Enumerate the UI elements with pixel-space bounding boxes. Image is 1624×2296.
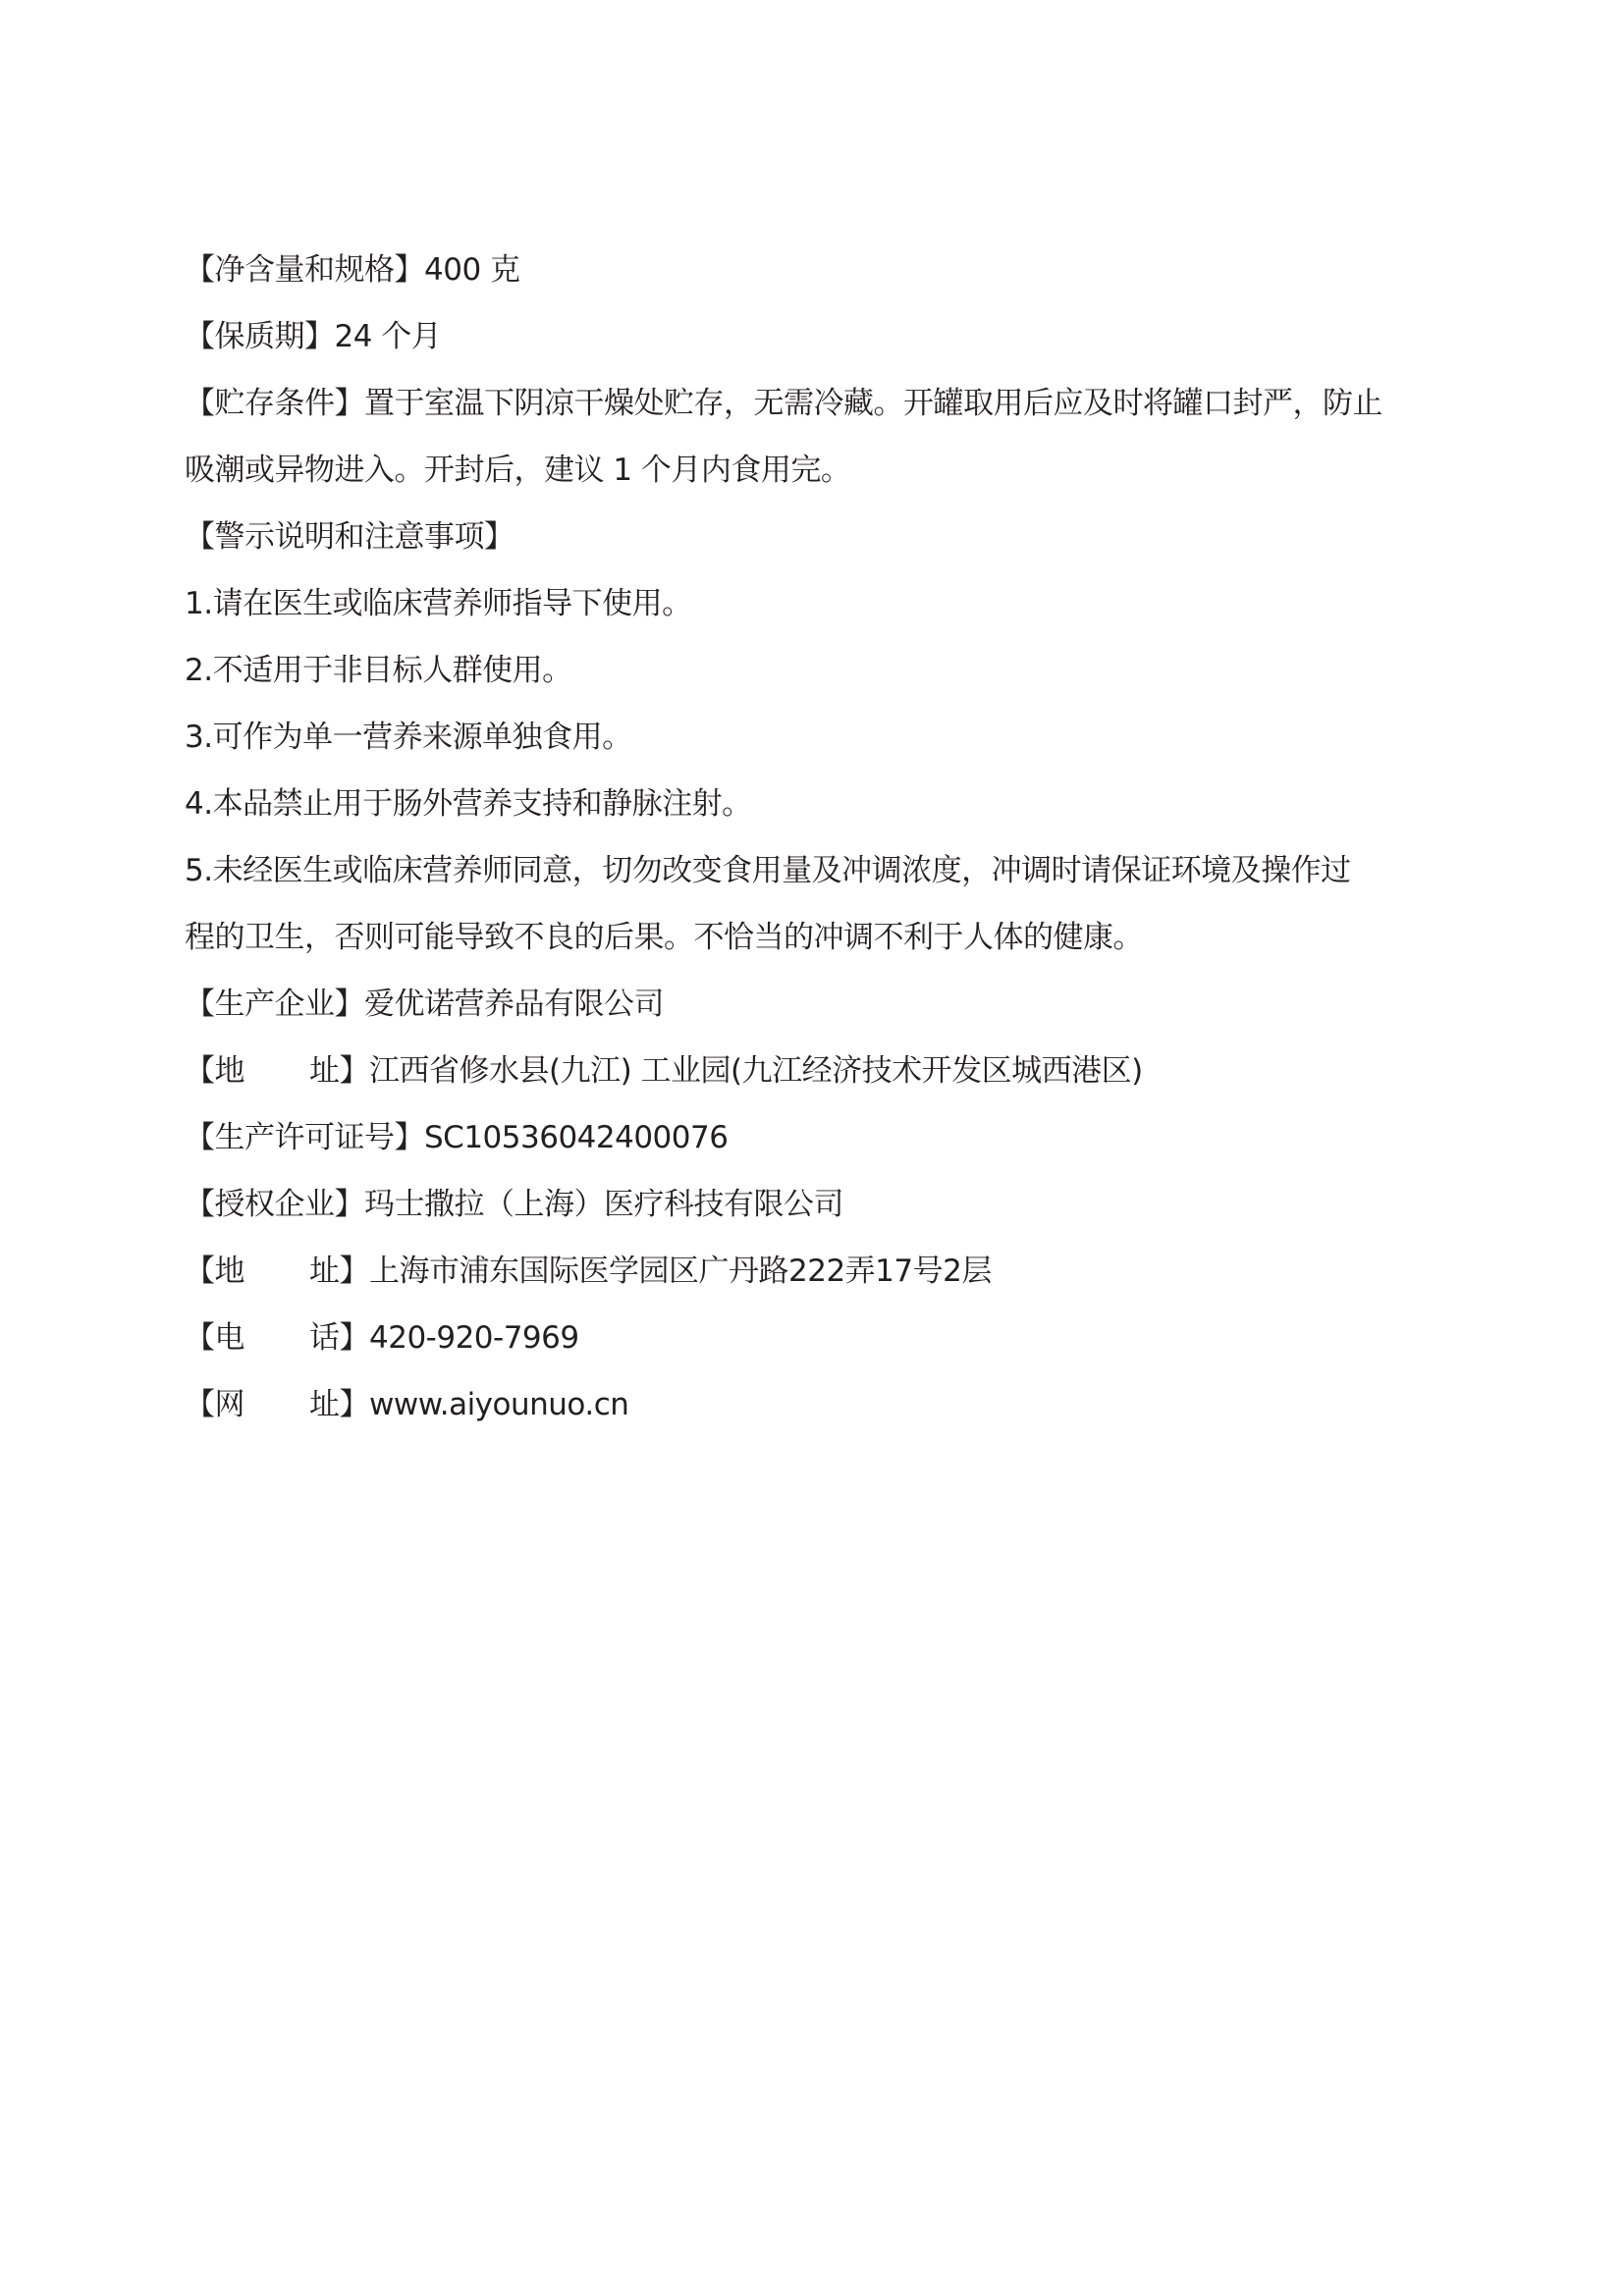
authorized-label: 【授权企业】 — [185, 1187, 364, 1222]
storage-text-2: 吸潮或异物进入。开封后，建议 1 个月内食用完。 — [185, 453, 850, 488]
manufacturer-address-line: 【地址】江西省修水县(九江) 工业园(九江经济技术开发区城西港区) — [185, 1038, 1451, 1104]
authorized-company-line: 【授权企业】玛士撒拉（上海）医疗科技有限公司 — [185, 1171, 1451, 1238]
manufacturer-address-value: 江西省修水县(九江) 工业园(九江经济技术开发区城西港区) — [369, 1053, 1143, 1089]
address-label-open: 【地 — [185, 1254, 244, 1289]
manufacturer-label: 【生产企业】 — [185, 987, 364, 1022]
phone-label-open: 【电 — [185, 1320, 244, 1356]
net-content-value: 400 克 — [424, 252, 520, 288]
storage-text-1: 置于室温下阴凉干燥处贮存，无需冷藏。开罐取用后应及时将罐口封严，防止 — [364, 386, 1382, 421]
phone-line: 【电话】420-920-7969 — [185, 1305, 1451, 1371]
storage-label: 【贮存条件】 — [185, 386, 364, 421]
shelf-life-line: 【保质期】24 个月 — [185, 303, 1451, 370]
warning-item-5: 5.未经医生或临床营养师同意，切勿改变食用量及冲调浓度，冲调时请保证环境及操作过 — [185, 837, 1451, 904]
license-line: 【生产许可证号】SC10536042400076 — [185, 1104, 1451, 1171]
shelf-life-value: 24 个月 — [335, 319, 442, 354]
net-content-line: 【净含量和规格】400 克 — [185, 237, 1451, 303]
address-label-open: 【地 — [185, 1053, 244, 1089]
warning-item-1: 1.请在医生或临床营养师指导下使用。 — [185, 570, 1451, 637]
storage-line-1: 【贮存条件】置于室温下阴凉干燥处贮存，无需冷藏。开罐取用后应及时将罐口封严，防止 — [185, 370, 1451, 437]
license-value: SC10536042400076 — [424, 1120, 728, 1155]
phone-label-close: 话】 — [309, 1320, 369, 1356]
warning-item-4: 4.本品禁止用于肠外营养支持和静脉注射。 — [185, 771, 1451, 837]
authorized-value: 玛士撒拉（上海）医疗科技有限公司 — [364, 1187, 843, 1222]
storage-line-2: 吸潮或异物进入。开封后，建议 1 个月内食用完。 — [185, 437, 1451, 504]
warning-item-2: 2.不适用于非目标人群使用。 — [185, 637, 1451, 704]
shelf-life-label: 【保质期】 — [185, 319, 335, 354]
warning-item-text: 3.可作为单一营养来源单独食用。 — [185, 720, 632, 755]
manufacturer-value: 爱优诺营养品有限公司 — [364, 987, 664, 1022]
phone-value: 420-920-7969 — [369, 1320, 579, 1356]
warning-item-5-continued: 程的卫生，否则可能导致不良的后果。不恰当的冲调不利于人体的健康。 — [185, 904, 1451, 971]
manufacturer-line: 【生产企业】爱优诺营养品有限公司 — [185, 971, 1451, 1038]
website-line: 【网址】www.aiyounuo.cn — [185, 1371, 1451, 1438]
warnings-heading: 【警示说明和注意事项】 — [185, 504, 1451, 570]
website-label-close: 址】 — [309, 1387, 369, 1422]
net-content-label: 【净含量和规格】 — [185, 252, 424, 288]
website-value: www.aiyounuo.cn — [369, 1387, 628, 1422]
warning-item-text: 1.请在医生或临床营养师指导下使用。 — [185, 586, 692, 621]
warning-item-text: 5.未经医生或临床营养师同意，切勿改变食用量及冲调浓度，冲调时请保证环境及操作过 — [185, 853, 1351, 888]
warnings-heading-text: 【警示说明和注意事项】 — [185, 519, 514, 555]
address-label-close: 址】 — [309, 1254, 369, 1289]
warning-item-text: 4.本品禁止用于肠外营养支持和静脉注射。 — [185, 786, 752, 822]
product-label-document: 【净含量和规格】400 克 【保质期】24 个月 【贮存条件】置于室温下阴凉干燥… — [185, 237, 1451, 1438]
license-label: 【生产许可证号】 — [185, 1120, 424, 1155]
authorized-address-value: 上海市浦东国际医学园区广丹路222弄17号2层 — [369, 1254, 992, 1289]
warning-item-text: 程的卫生，否则可能导致不良的后果。不恰当的冲调不利于人体的健康。 — [185, 920, 1143, 955]
warning-item-3: 3.可作为单一营养来源单独食用。 — [185, 704, 1451, 771]
authorized-address-line: 【地址】上海市浦东国际医学园区广丹路222弄17号2层 — [185, 1238, 1451, 1305]
address-label-close: 址】 — [309, 1053, 369, 1089]
warning-item-text: 2.不适用于非目标人群使用。 — [185, 653, 572, 688]
website-label-open: 【网 — [185, 1387, 244, 1422]
